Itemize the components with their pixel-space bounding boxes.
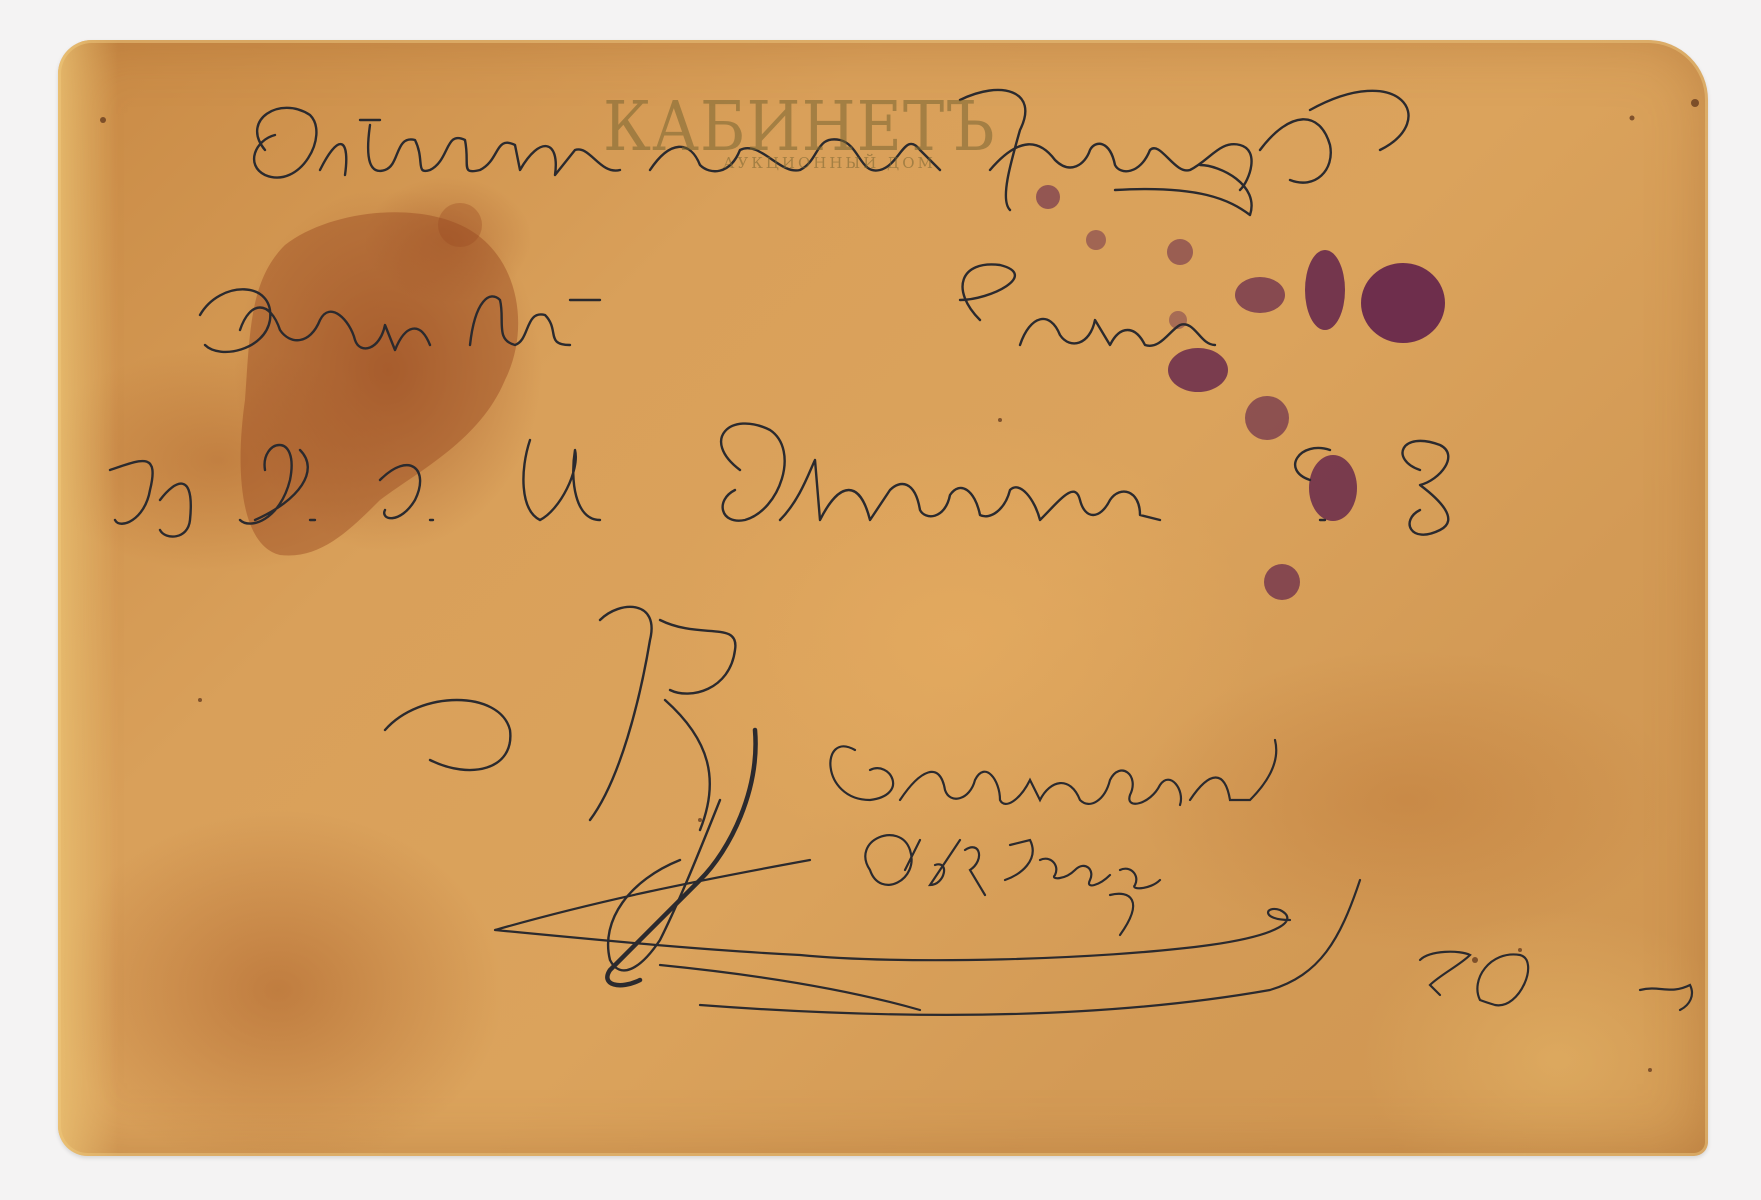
handwriting-layer [0,0,1761,1200]
surname-and-date [495,740,1692,1015]
auction-watermark: КАБИНЕТЪ АУКЦИОННЫЙ ДОМ [603,96,996,172]
ink-blots [1036,185,1445,600]
watermark-title: КАБИНЕТЪ [603,93,996,161]
